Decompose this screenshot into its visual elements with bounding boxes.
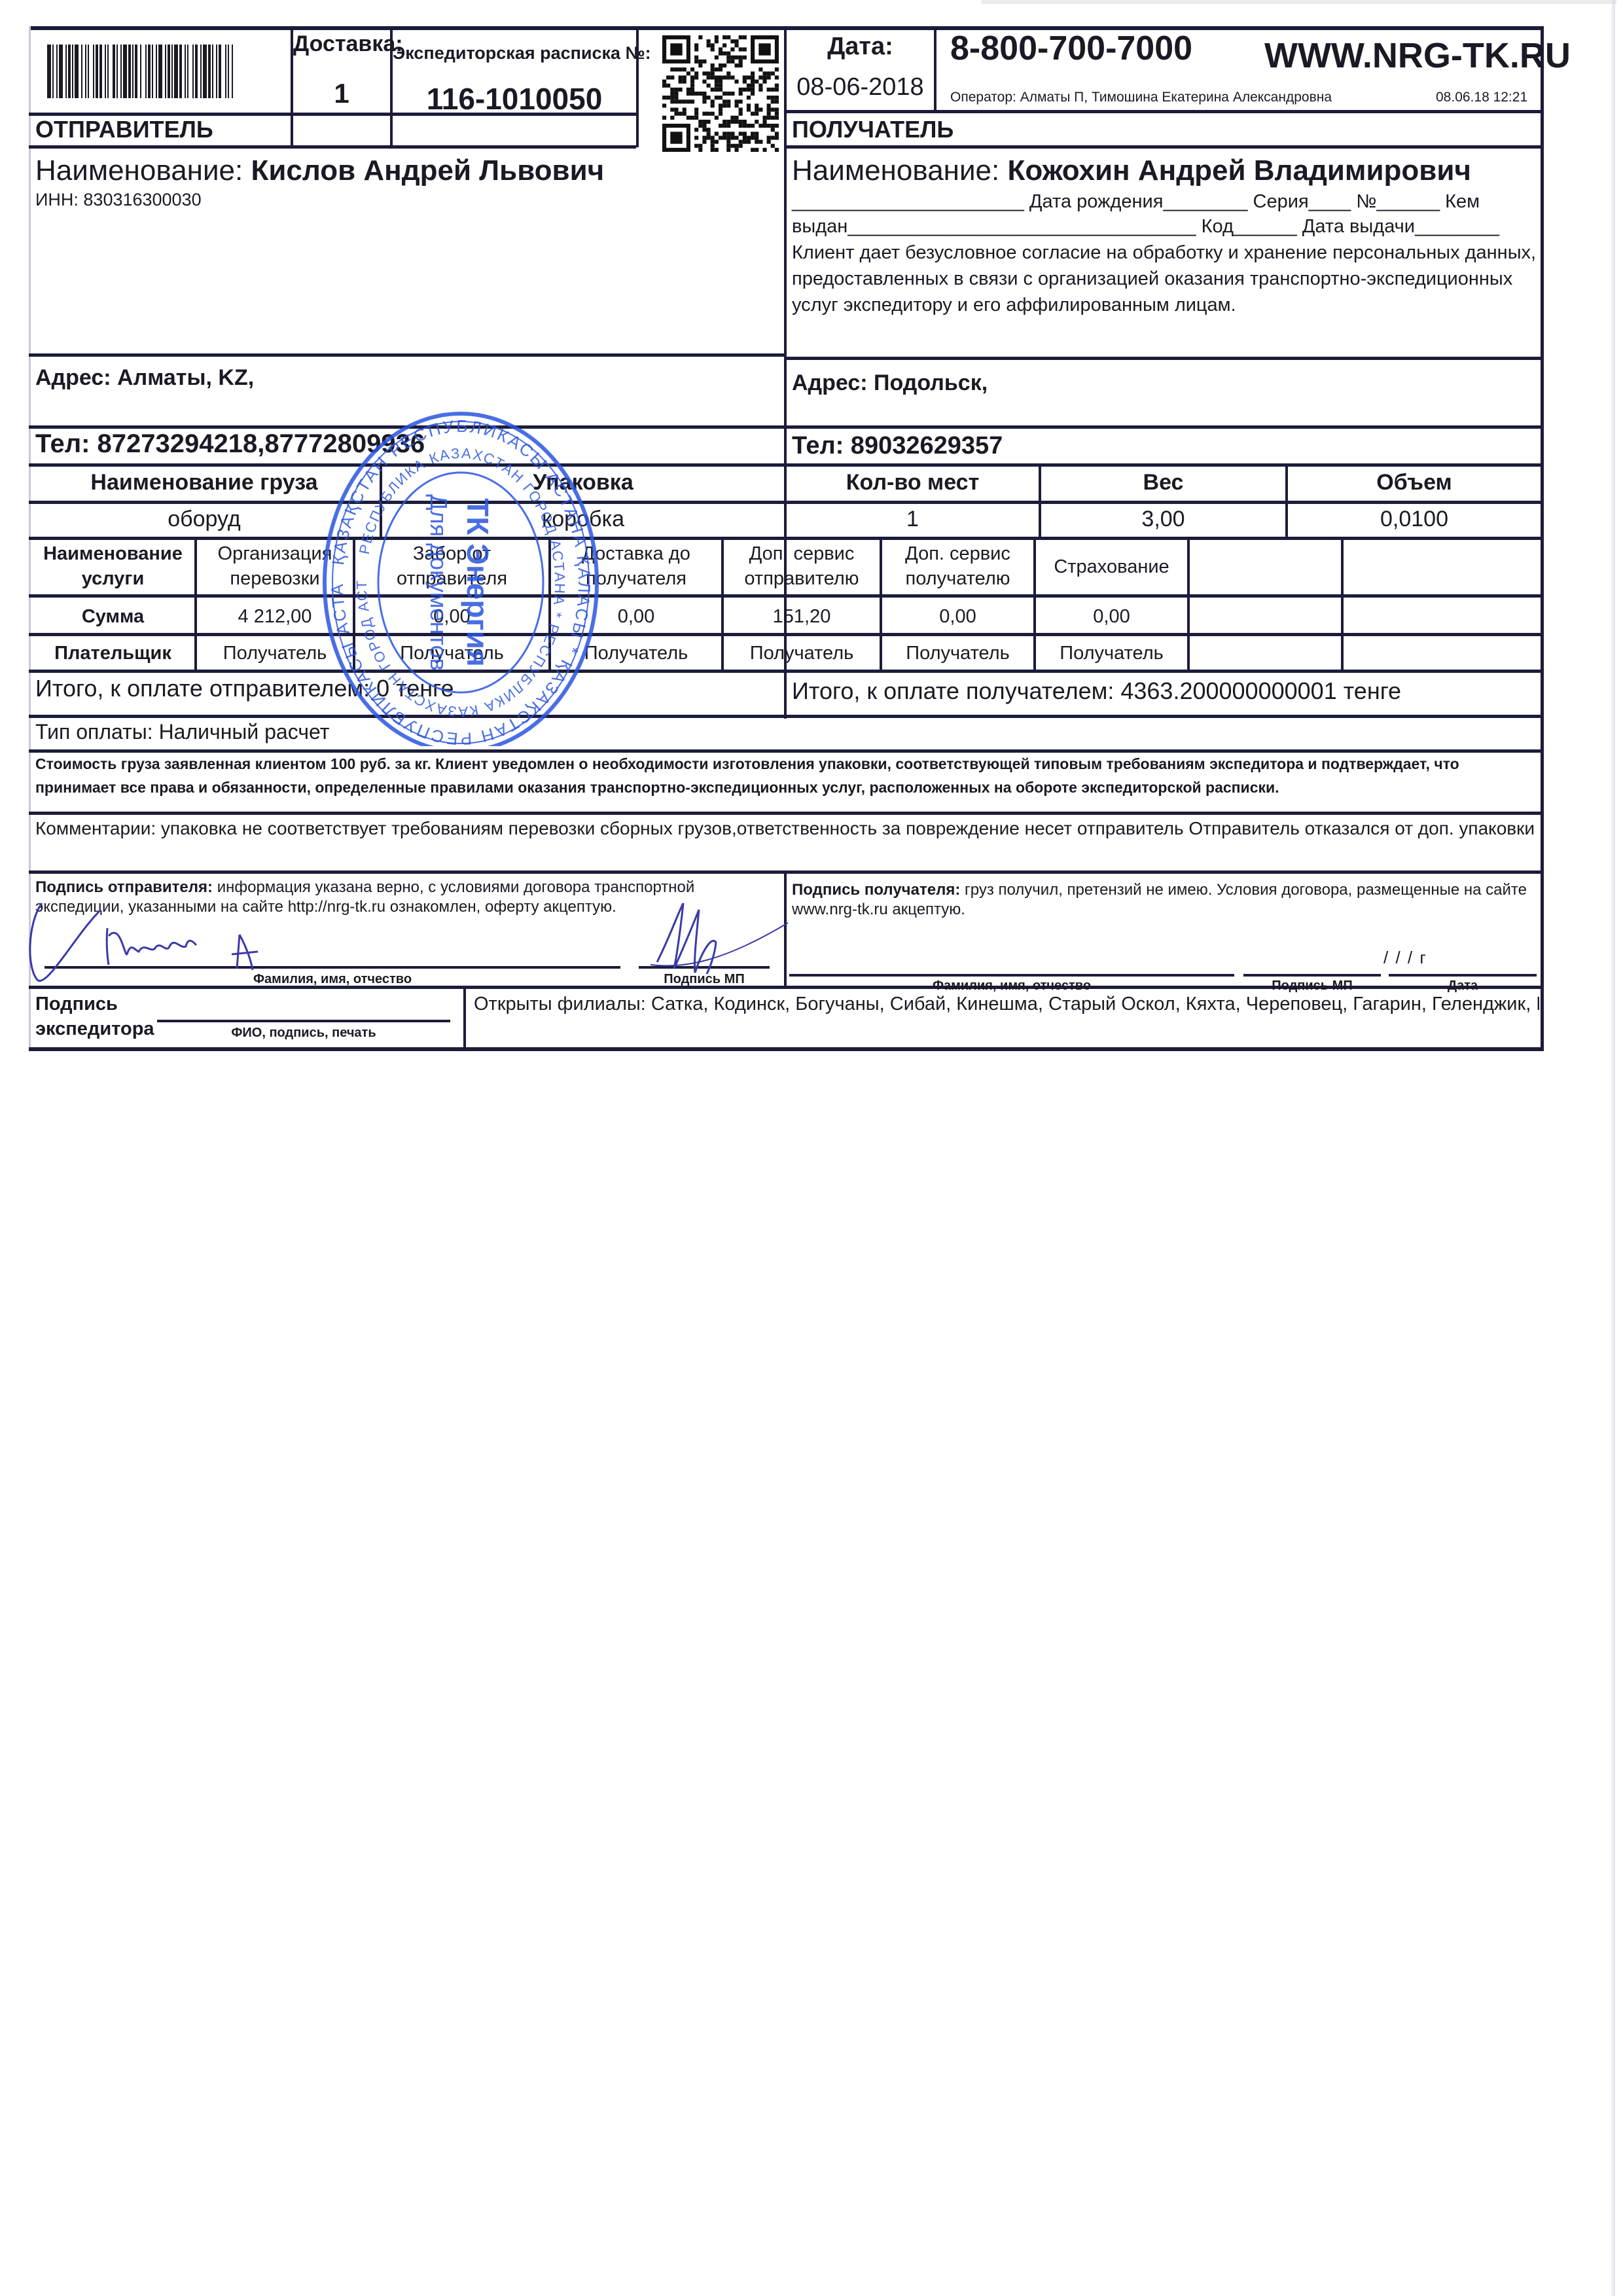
recipient-address: Адрес: Подольск, [792, 372, 988, 394]
receipt-number: 116-1010050 [393, 84, 636, 114]
barcode-icon [47, 45, 273, 98]
recipient-signature-label: Подпись получателя: [792, 881, 960, 899]
rule-h-sender-body [29, 145, 636, 149]
forwarder-sign-line[interactable] [157, 1020, 450, 1022]
sender-name-value: Кислов Андрей Львович [251, 154, 604, 187]
services-header-cell: Страхование [1036, 558, 1187, 577]
cargo-value-volume: 0,0100 [1288, 508, 1541, 530]
cargo-value-packaging: коробка [382, 508, 784, 530]
delivery-value: 1 [293, 80, 390, 107]
recipient-sign-caption: Подпись МП [1243, 979, 1381, 992]
declared-value-line-2: принимает все права и обязанности, опред… [35, 780, 1279, 795]
branches-list: Открыты филиалы: Сатка, Кодинск, Богучан… [474, 995, 1539, 1014]
sender-fio-line[interactable] [45, 966, 620, 969]
recipient-signature-text-1: груз получил, претензий не имею. Условия… [960, 881, 1527, 899]
services-header-cell: услуги [31, 569, 194, 588]
payer-row-label: Плательщик [31, 644, 194, 663]
services-header-cell: отправителю [724, 569, 880, 588]
rule-h-recipient-address [784, 357, 1543, 360]
recipient-name: Наименование: Кожохин Андрей Владимирови… [792, 154, 1471, 187]
print-timestamp: 08.06.18 12:21 [1436, 90, 1527, 104]
rule-h-cargo-header [29, 463, 1543, 467]
cargo-value-name: оборуд [29, 508, 380, 530]
rule-h-payment-type [29, 749, 1543, 753]
sum-cell: 0,00 [355, 607, 548, 626]
recipient-date-caption: Дата [1389, 979, 1537, 992]
recipient-section-title: ПОЛУЧАТЕЛЬ [792, 118, 954, 141]
date-label: Дата: [787, 34, 934, 59]
sum-cell: 0,00 [882, 607, 1033, 626]
rule-v-signatures [784, 870, 787, 987]
services-header-cell: отправителя [355, 569, 548, 588]
sum-cell: 0,00 [1036, 607, 1187, 626]
rule-h-recipient-body [784, 145, 1543, 149]
recipient-sign-line[interactable] [1243, 974, 1381, 977]
sender-address: Адрес: Алматы, KZ, [35, 367, 254, 389]
sender-inn: ИНН: 830316300030 [35, 191, 202, 209]
payer-cell: Получатель [882, 644, 1033, 663]
sum-cell: 151,20 [724, 607, 880, 626]
company-website[interactable]: WWW.NRG-TK.RU [1264, 38, 1571, 73]
consent-line-3: услуг экспедитору и его аффилированным л… [792, 296, 1236, 315]
rule-h-sender-address [29, 353, 784, 357]
recipient-total: Итого, к оплате получателем: 4363.200000… [792, 679, 1401, 703]
rule-h-recipient-title [784, 110, 1543, 113]
delivery-label: Доставка: [293, 33, 390, 55]
recipient-name-value: Кожохин Андрей Владимирович [1007, 154, 1471, 187]
rule-bottom [29, 1047, 1543, 1051]
recipient-signature-text-2: www.nrg-tk.ru акцептую. [792, 902, 965, 918]
cargo-header-places: Кол-во мест [787, 471, 1039, 493]
sender-sign-line[interactable] [639, 966, 770, 969]
sender-total: Итого, к оплате отправителем: 0 тенге [35, 677, 454, 700]
sender-phone: Тел: 87273294218,87772809936 [35, 431, 425, 457]
scan-edge [1611, 0, 1615, 2296]
forwarder-caption: ФИО, подпись, печать [157, 1026, 450, 1039]
sum-cell: 0,00 [551, 607, 721, 626]
rule-h-declared [29, 812, 1543, 815]
sender-signature-text-1: информация указана верно, с условиями до… [213, 878, 694, 896]
sender-signature-statement: Подпись отправителя: информация указана … [35, 878, 694, 897]
rule-h-cargo-bottom [29, 537, 1543, 540]
recipient-date-slashes: / / / г [1383, 949, 1427, 966]
qr-code-icon [662, 35, 779, 152]
services-header-cell: перевозки [197, 569, 353, 588]
payer-cell: Получатель [355, 644, 548, 663]
rule-h-services-sum [29, 633, 1543, 636]
cargo-header-packaging: Упаковка [382, 471, 784, 493]
operator-info: Оператор: Алматы П, Тимошина Екатерина А… [950, 90, 1332, 104]
rule-v-date [934, 26, 936, 111]
sender-name: Наименование: Кислов Андрей Львович [35, 154, 604, 187]
payer-cell: Получатель [551, 644, 721, 663]
scan-top-artifact [982, 0, 1616, 4]
consent-line-2: предоставленных в связи с организацией о… [792, 270, 1512, 289]
expedition-receipt-form: Доставка: 1 Экспедиторская расписка №: 1… [29, 26, 1543, 1051]
rule-v-svc-7 [1187, 537, 1190, 670]
sender-section-title: ОТПРАВИТЕЛЬ [35, 118, 213, 141]
services-header-cell: Организация [197, 545, 353, 564]
recipient-fio-caption: Фамилия, имя, отчество [789, 979, 1234, 992]
rule-v-svc-8 [1341, 537, 1344, 670]
receipt-label: Экспедиторская расписка №: [393, 45, 636, 62]
recipient-id-line-1: ______________________ Дата рождения____… [792, 192, 1480, 211]
forwarder-label-1: Подпись [35, 995, 118, 1014]
rule-h-services-header [29, 594, 1543, 598]
rule-h-services-payer [29, 670, 1543, 673]
sender-sign-caption: Подпись МП [639, 973, 770, 986]
date-value: 08-06-2018 [787, 75, 934, 99]
services-header-cell: получателю [882, 569, 1033, 588]
cargo-value-places: 1 [787, 508, 1039, 530]
services-header-cell: Доп. сервис [882, 545, 1033, 564]
services-header-cell: Наименование [31, 545, 194, 564]
sender-signature-label: Подпись отправителя: [35, 878, 213, 896]
services-header-cell: Доставка до [551, 545, 721, 564]
cargo-value-weight: 3,00 [1041, 508, 1285, 530]
rule-h-cargo-values [29, 501, 1543, 504]
declared-value-line-1: Стоимость груза заявленная клиентом 100 … [35, 757, 1459, 772]
sender-name-label: Наименование: [35, 154, 243, 187]
cargo-header-weight: Вес [1041, 471, 1285, 493]
recipient-fio-line[interactable] [789, 974, 1234, 977]
payer-cell: Получатель [197, 644, 353, 663]
cargo-header-name: Наименование груза [29, 471, 380, 493]
sender-fio-caption: Фамилия, имя, отчество [45, 973, 620, 986]
payer-cell: Получатель [1036, 644, 1187, 663]
sum-row-label: Сумма [31, 607, 194, 626]
rule-v-forwarder [463, 986, 466, 1049]
cargo-header-volume: Объем [1288, 471, 1541, 493]
recipient-signature-statement: Подпись получателя: груз получил, претен… [792, 881, 1527, 899]
sender-signature-text-2: экспедиции, указанными на сайте http://n… [35, 899, 616, 915]
consent-line-1: Клиент дает безусловное согласие на обра… [792, 243, 1536, 262]
sum-cell: 4 212,00 [197, 607, 353, 626]
recipient-id-line-2: выдан_________________________________ К… [792, 217, 1499, 236]
recipient-phone: Тел: 89032629357 [792, 433, 1003, 458]
rule-h-totals [29, 715, 1543, 718]
comments: Комментарии: упаковка не соответствует т… [35, 819, 1535, 838]
services-header-cell: Доп. сервис [724, 545, 880, 564]
forwarder-label-2: экспедитора [35, 1020, 154, 1039]
payment-type: Тип оплаты: Наличный расчет [35, 721, 329, 742]
services-header-cell: получателя [551, 569, 721, 588]
rule-h-phone [29, 425, 1543, 429]
company-phone[interactable]: 8-800-700-7000 [950, 31, 1192, 65]
recipient-date-line[interactable] [1389, 974, 1537, 977]
payer-cell: Получатель [724, 644, 880, 663]
recipient-name-label: Наименование: [792, 154, 999, 187]
services-header-cell: Забор от [355, 545, 548, 564]
